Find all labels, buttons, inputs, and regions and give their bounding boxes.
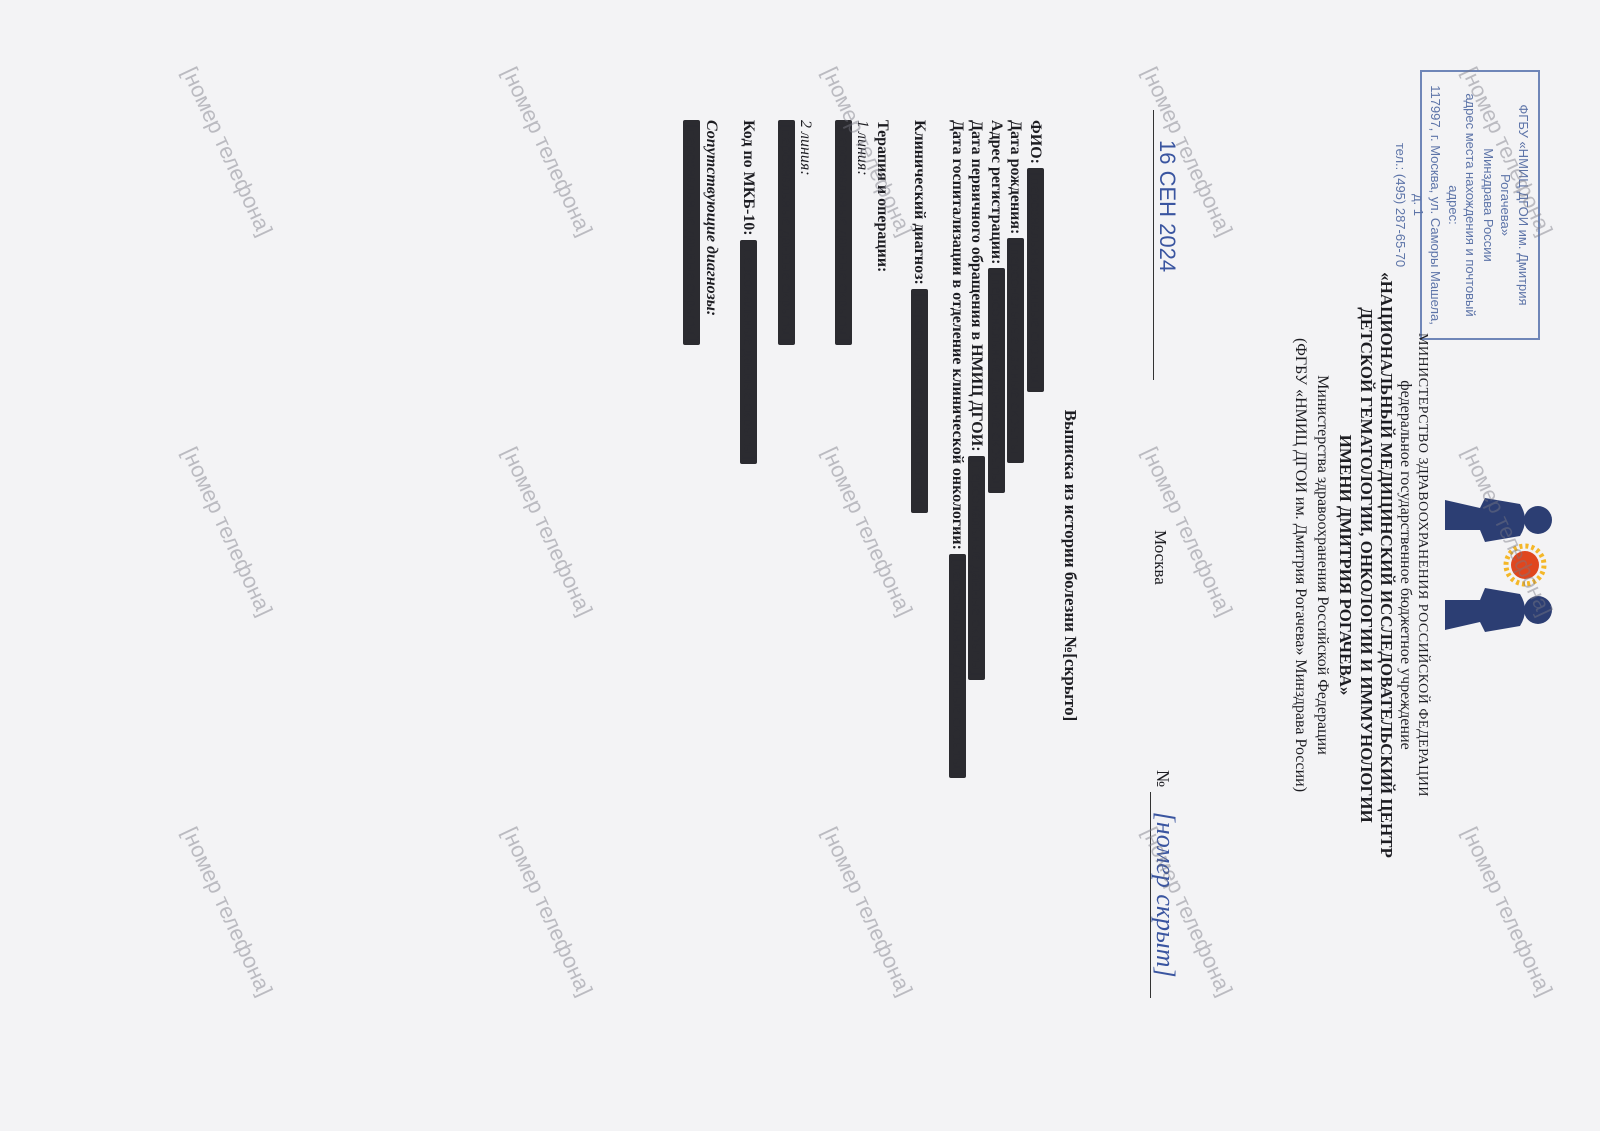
center-name-line: ДЕТСКОЙ ГЕМАТОЛОГИИ, ОНКОЛОГИИ И ИММУНОЛ… xyxy=(1355,240,1375,890)
redacted-field: [персональные данные скрыты] xyxy=(968,456,985,681)
stamp-line: Минздрава России xyxy=(1479,80,1497,330)
watermark: [номер телефона] xyxy=(176,443,277,620)
watermark: [номер телефона] xyxy=(176,63,277,240)
date-stamp: 16 СЕН 2024 xyxy=(1153,110,1180,380)
institution-stamp: ФГБУ «НМИЦ ДГОИ им. Дмитрия Рогачева» Ми… xyxy=(1420,70,1540,340)
line2-label: 2 линия: xyxy=(796,120,816,1000)
ministry-subtitle: Министерства здравоохранения Российской … xyxy=(1313,240,1331,890)
city: Москва xyxy=(1150,530,1170,585)
address-label: Адрес регистрации: xyxy=(988,120,1005,264)
document-body: ФИО: [персональные данные скрыты] Дата р… xyxy=(682,120,1045,1000)
institution-header: МИНИСТЕРСТВО ЗДРАВООХРАНЕНИЯ РОССИЙСКОЙ … xyxy=(1291,240,1430,890)
dateline: 16 СЕН 2024 Москва № [номер скрыт] xyxy=(1130,110,1180,1010)
institution-logo-icon xyxy=(1440,490,1560,640)
institution-type: федеральное государственное бюджетное уч… xyxy=(1396,240,1414,890)
center-name-line: «НАЦИОНАЛЬНЫЙ МЕДИЦИНСКИЙ ИССЛЕДОВАТЕЛЬС… xyxy=(1376,240,1396,890)
watermark: [номер телефона] xyxy=(176,823,277,1000)
watermark: [номер телефона] xyxy=(1456,823,1557,1000)
redacted-field: [персональные данные скрыты] xyxy=(740,240,757,465)
number-value: [номер скрыт] xyxy=(1150,792,1180,998)
dob-label: Дата рождения: xyxy=(1007,120,1024,234)
stamp-line: адрес места нахождения и почтовый адрес: xyxy=(1444,80,1479,330)
first-visit-label: Дата первичного обращения в НМИЦ ДГОИ: xyxy=(968,120,985,452)
redacted-field: [персональные данные скрыты] xyxy=(988,268,1005,493)
redacted-field: [персональные данные скрыты] xyxy=(1027,168,1044,393)
registration-number: № [номер скрыт] xyxy=(1150,770,1180,998)
number-label: № xyxy=(1153,770,1173,787)
diagnosis-label: Клинический диагноз: xyxy=(911,120,928,285)
watermark: [номер телефона] xyxy=(496,823,597,1000)
comorbid-label: Сопутствующие диагнозы: xyxy=(701,120,721,1000)
ministry-name: МИНИСТЕРСТВО ЗДРАВООХРАНЕНИЯ РОССИЙСКОЙ … xyxy=(1414,240,1430,890)
watermark: [номер телефона] xyxy=(496,63,597,240)
redacted-field: [персональные данные скрыты] xyxy=(949,554,966,779)
short-name: (ФГБУ «НМИЦ ДГОИ им. Дмитрия Рогачева» М… xyxy=(1291,240,1309,890)
stamp-line: ФГБУ «НМИЦ ДГОИ им. Дмитрия Рогачева» xyxy=(1497,80,1532,330)
hospitalization-label: Дата госпитализации в отделение клиничес… xyxy=(949,120,966,550)
document-title: Выписка из истории болезни №[скрыто] xyxy=(1060,0,1080,1131)
icd-label: Код по МКБ-10: xyxy=(740,120,757,236)
therapy-heading: Терапия и операции: xyxy=(872,120,892,1000)
watermark: [номер телефона] xyxy=(496,443,597,620)
redacted-field: [персональные данные скрыты] xyxy=(778,120,795,345)
redacted-field: [персональные данные скрыты] xyxy=(835,120,852,345)
redacted-field: [персональные данные скрыты] xyxy=(1007,238,1024,463)
line1-label: 1 линия: xyxy=(853,120,873,1000)
fio-label: ФИО: xyxy=(1027,120,1044,164)
redacted-field: [персональные данные скрыты] xyxy=(911,289,928,514)
redacted-field: [персональные данные скрыты] xyxy=(683,120,700,345)
center-name-line: ИМЕНИ ДМИТРИЯ РОГАЧЕВА» xyxy=(1335,240,1355,890)
document-page: ФГБУ «НМИЦ ДГОИ им. Дмитрия Рогачева» Ми… xyxy=(0,0,1600,1131)
